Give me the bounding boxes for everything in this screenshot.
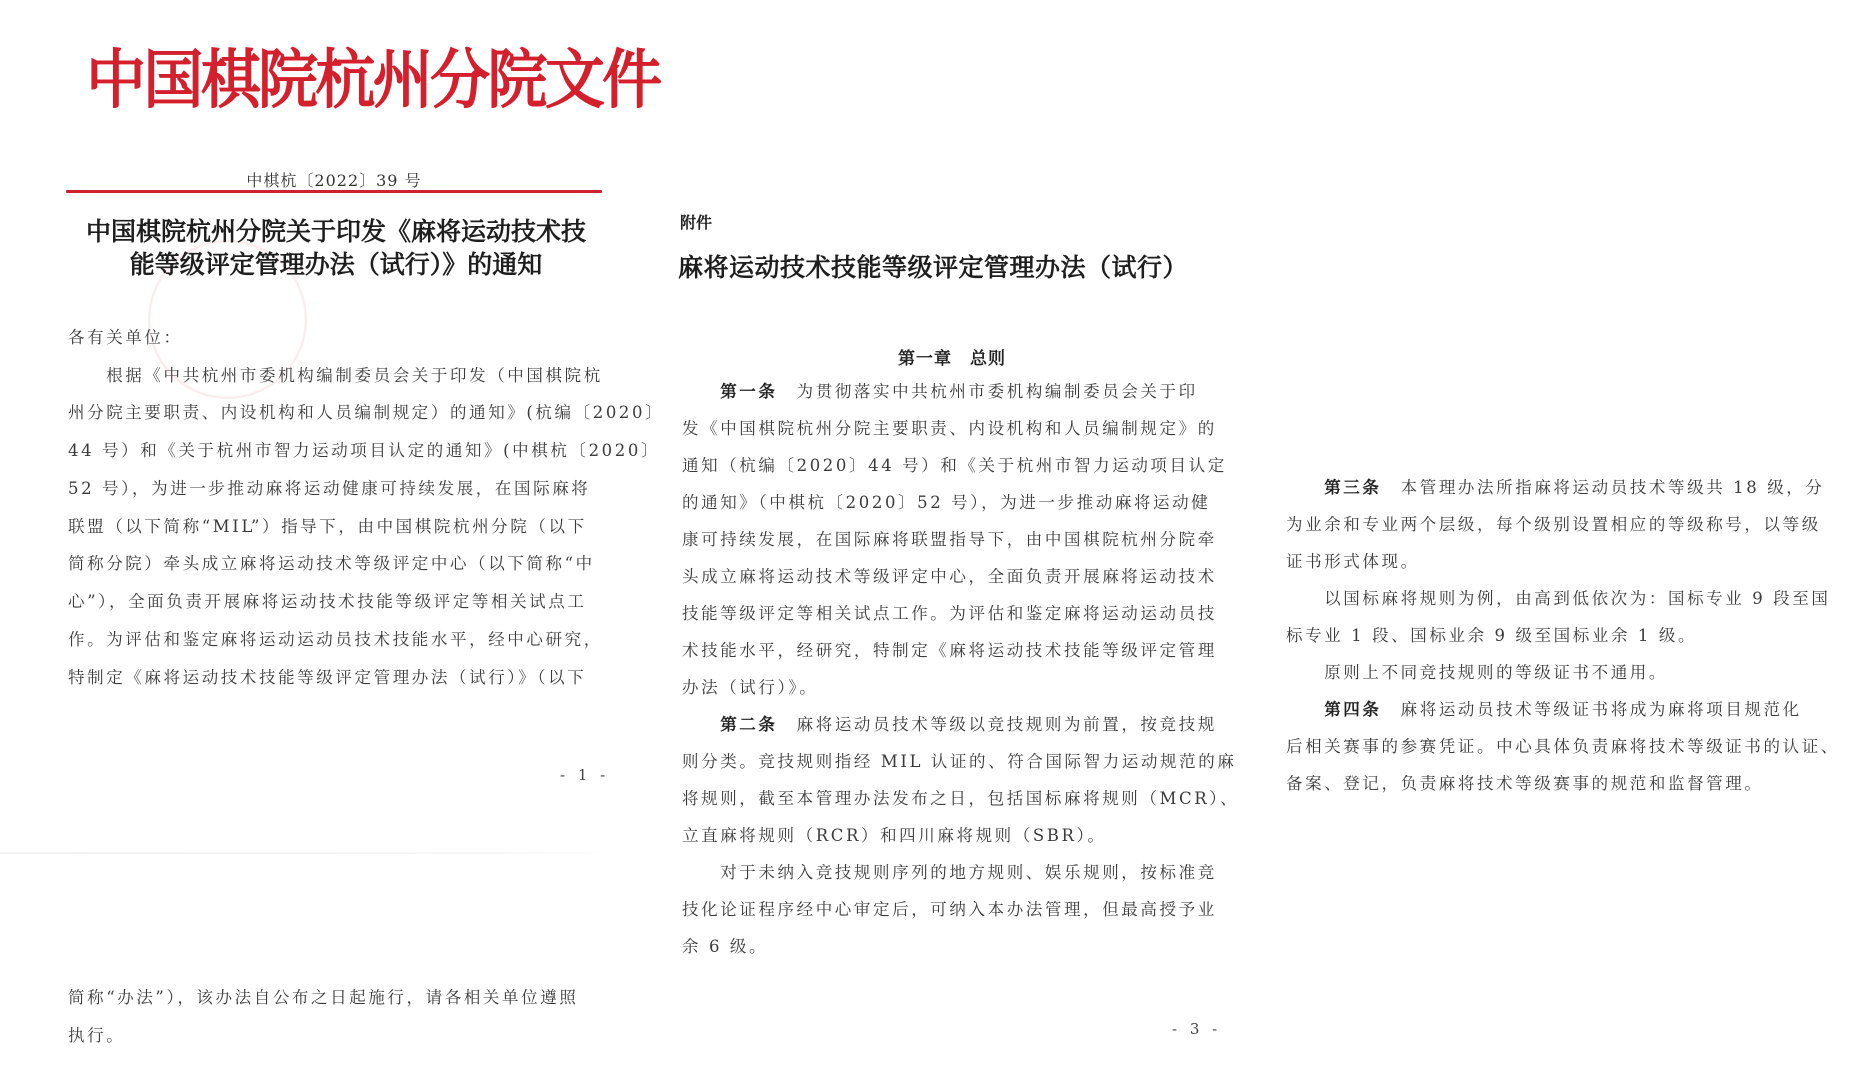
document-number: 中棋杭〔2022〕39 号 (66, 168, 602, 191)
article-line: 头成立麻将运动技术等级评定中心，全面负责开展麻将运动技术 (682, 567, 1222, 587)
page-break-seam (0, 852, 615, 854)
paragraph-line: 余 6 级。 (682, 937, 1222, 957)
paragraph-line: 对于未纳入竞技规则序列的地方规则、娱乐规则，按标准竞 (682, 863, 1222, 883)
article-lead: 第一条 (720, 382, 777, 401)
body-line: 州分院主要职责、内设机构和人员编制规定）的通知》(杭编〔2020〕 (68, 403, 613, 423)
body-line: 52 号），为进一步推动麻将运动健康可持续发展，在国际麻将 (68, 479, 613, 499)
body-line: 特制定《麻将运动技术技能等级评定管理办法（试行）》（以下 (68, 668, 613, 688)
paragraph-line: 技化论证程序经中心审定后，可纳入本办法管理，但最高授予业 (682, 900, 1222, 920)
body-line: 心”），全面负责开展麻将运动技术技能等级评定等相关试点工 (68, 592, 613, 612)
paragraph-line: 以国标麻将规则为例，由高到低依次为：国标专业 9 段至国 (1286, 589, 1846, 609)
article-line: 备案、登记，负责麻将技术等级赛事的规范和监督管理。 (1286, 774, 1846, 794)
article-line: 立直麻将规则（RCR）和四川麻将规则（SBR）。 (682, 826, 1222, 846)
article-line: 第三条 本管理办法所指麻将运动员技术等级共 18 级，分 (1286, 478, 1846, 498)
article-line: 则分类。竞技规则指经 MIL 认证的、符合国际智力运动规范的麻 (682, 752, 1222, 772)
article-line: 发《中国棋院杭州分院主要职责、内设机构和人员编制规定》的 (682, 419, 1222, 439)
article-line: 技能等级评定等相关试点工作。为评估和鉴定麻将运动运动员技 (682, 604, 1222, 624)
body-line: 根据《中共杭州市委机构编制委员会关于印发（中国棋院杭 (68, 366, 613, 386)
article-line: 术技能水平，经研究，特制定《麻将运动技术技能等级评定管理 (682, 641, 1222, 661)
article-line: 第二条 麻将运动员技术等级以竞技规则为前置，按竞技规 (682, 715, 1222, 735)
regulation-title: 麻将运动技术技能等级评定管理办法（试行） (678, 248, 1188, 284)
document-header-title: 中国棋院杭州分院文件 (86, 36, 556, 126)
article-line: 办法（试行）》。 (682, 678, 1222, 698)
article-line: 康可持续发展，在国际麻将联盟指导下，由中国棋院杭州分院牵 (682, 530, 1222, 550)
red-divider-rule (66, 190, 602, 193)
article-line: 第四条 麻将运动员技术等级证书将成为麻将项目规范化 (1286, 700, 1846, 720)
article-lead: 第三条 (1324, 478, 1381, 497)
article-line: 第一条 为贯彻落实中共杭州市委机构编制委员会关于印 (682, 382, 1222, 402)
paragraph-line: 原则上不同竞技规则的等级证书不通用。 (1286, 663, 1846, 683)
body-line: 简称分院）牵头成立麻将运动技术等级评定中心（以下简称“中 (68, 554, 613, 574)
article-line: 为业余和专业两个层级，每个级别设置相应的等级称号，以等级 (1286, 515, 1846, 535)
article-line: 将规则，截至本管理办法发布之日，包括国标麻将规则（MCR）、 (682, 789, 1222, 809)
page-number: - 3 - (1172, 1020, 1221, 1038)
notice-title: 中国棋院杭州分院关于印发《麻将运动技术技 能等级评定管理办法（试行）》的通知 (66, 215, 606, 281)
body-line: 执行。 (68, 1026, 613, 1046)
page-number: - 1 - (560, 766, 609, 784)
article-line: 后相关赛事的参赛凭证。中心具体负责麻将技术等级证书的认证、 (1286, 737, 1846, 757)
body-line: 简称“办法”），该办法自公布之日起施行，请各相关单位遵照 (68, 988, 613, 1008)
salutation: 各有关单位： (68, 328, 613, 348)
article-line: 的通知》（中棋杭〔2020〕52 号），为进一步推动麻将运动健 (682, 493, 1222, 513)
chapter-heading: 第一章 总则 (682, 344, 1222, 369)
article-line: 通知（杭编〔2020〕44 号）和《关于杭州市智力运动项目认定 (682, 456, 1222, 476)
body-line: 联盟（以下简称“MIL”）指导下，由中国棋院杭州分院（以下 (68, 517, 613, 537)
article-line: 证书形式体现。 (1286, 552, 1846, 572)
article-lead: 第二条 (720, 715, 777, 734)
article-lead: 第四条 (1324, 700, 1381, 719)
paragraph-line: 标专业 1 段、国标业余 9 级至国标业余 1 级。 (1286, 626, 1846, 646)
notice-title-line: 中国棋院杭州分院关于印发《麻将运动技术技 (66, 215, 606, 248)
body-line: 作。为评估和鉴定麻将运动运动员技术技能水平，经中心研究， (68, 630, 613, 650)
notice-title-line: 能等级评定管理办法（试行）》的通知 (66, 248, 606, 281)
body-line: 44 号）和《关于杭州市智力运动项目认定的通知》(中棋杭〔2020〕 (68, 441, 613, 461)
attachment-label: 附件 (680, 210, 712, 233)
